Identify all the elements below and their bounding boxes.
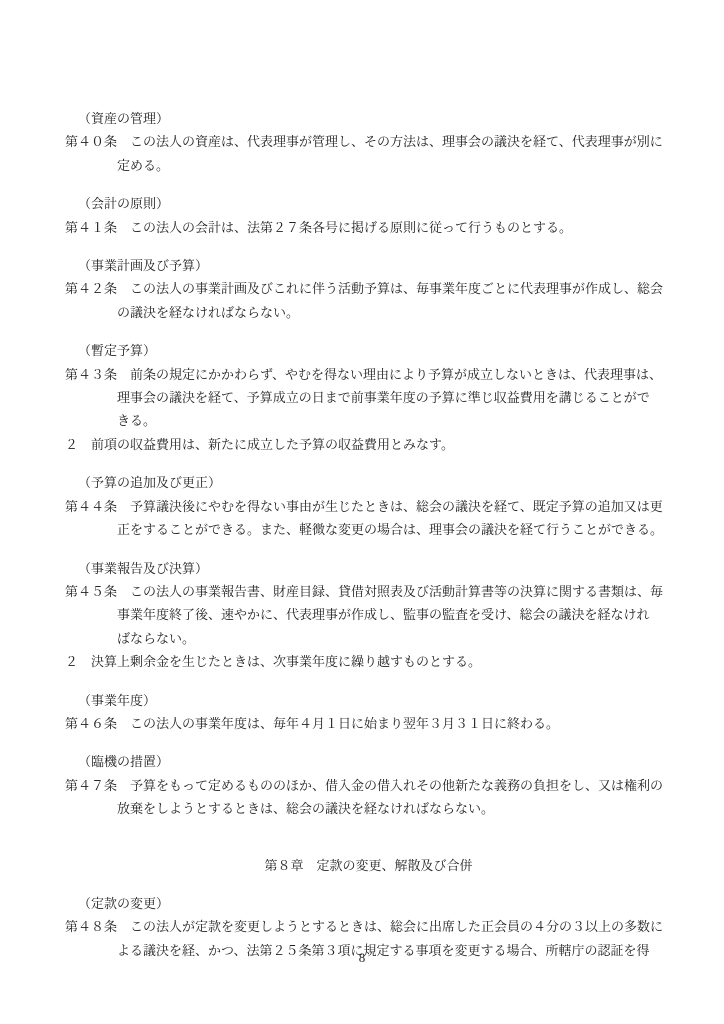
chapter-8-heading: 第８章 定款の変更、解散及び合併 (65, 854, 672, 877)
section-heading-budget-addition-revision: （予算の追加及び更正） (78, 471, 672, 494)
section-heading-business-plan-budget: （事業計画及び予算） (78, 254, 672, 277)
section-heading-asset-management: （資産の管理） (78, 107, 672, 130)
article-45-line-3: ばならない。 (117, 627, 672, 650)
article-47-line-2: 放棄をしようとするときは、総会の議決を経なければならない。 (117, 797, 672, 820)
article-40-line-1: 第４０条 この法人の資産は、代表理事が管理し、その方法は、理事会の議決を経て、代… (65, 130, 672, 153)
article-47-line-1: 第４７条 予算をもって定めるもののほか、借入金の借入れその他新たな義務の負担をし… (65, 774, 672, 797)
section-heading-articles-amendment: （定款の変更） (78, 892, 672, 915)
section-heading-emergency-measures: （臨機の措置） (78, 750, 672, 773)
article-43-clause-2: ２ 前項の収益費用は、新たに成立した予算の収益費用とみなす。 (65, 433, 672, 456)
article-42-line-1: 第４２条 この法人の事業計画及びこれに伴う活動予算は、毎事業年度ごとに代表理事が… (65, 277, 672, 300)
section-heading-accounting-principles: （会計の原則） (78, 192, 672, 215)
article-42-line-2: の議決を経なければならない。 (117, 301, 672, 324)
section-heading-fiscal-year: （事業年度） (78, 689, 672, 712)
article-44-line-2: 正をすることができる。また、軽微な変更の場合は、理事会の議決を経て行うことができ… (117, 518, 672, 541)
article-46-line-1: 第４６条 この法人の事業年度は、毎年４月１日に始まり翌年３月３１日に終わる。 (65, 712, 672, 735)
article-45-line-2: 事業年度終了後、速やかに、代表理事が作成し、監事の監査を受け、総会の議決を経なけ… (117, 603, 672, 626)
article-43-line-3: きる。 (117, 409, 672, 432)
section-heading-business-report-settlement: （事業報告及び決算） (78, 557, 672, 580)
article-45-line-1: 第４５条 この法人の事業報告書、財産目録、貸借対照表及び活動計算書等の決算に関す… (65, 580, 672, 603)
article-40-line-2: 定める。 (117, 154, 672, 177)
article-45-clause-2: ２ 決算上剰余金を生じたときは、次事業年度に繰り越すものとする。 (65, 650, 672, 673)
article-43-line-2: 理事会の議決を経て、予算成立の日まで前事業年度の予算に準じ収益費用を講じることが… (117, 386, 672, 409)
section-heading-provisional-budget: （暫定予算） (78, 339, 672, 362)
article-41-line-1: 第４１条 この法人の会計は、法第２７条各号に掲げる原則に従って行うものとする。 (65, 216, 672, 239)
article-43-line-1: 第４３条 前条の規定にかかわらず、やむを得ない理由により予算が成立しないときは、… (65, 363, 672, 386)
article-48-line-1: 第４８条 この法人が定款を変更しようとするときは、総会に出席した正会員の４分の３… (65, 915, 672, 938)
document-page: （資産の管理） 第４０条 この法人の資産は、代表理事が管理し、その方法は、理事会… (0, 0, 724, 1024)
page-number: 8 (0, 946, 724, 969)
article-44-line-1: 第４４条 予算議決後にやむを得ない事由が生じたときは、総会の議決を経て、既定予算… (65, 495, 672, 518)
